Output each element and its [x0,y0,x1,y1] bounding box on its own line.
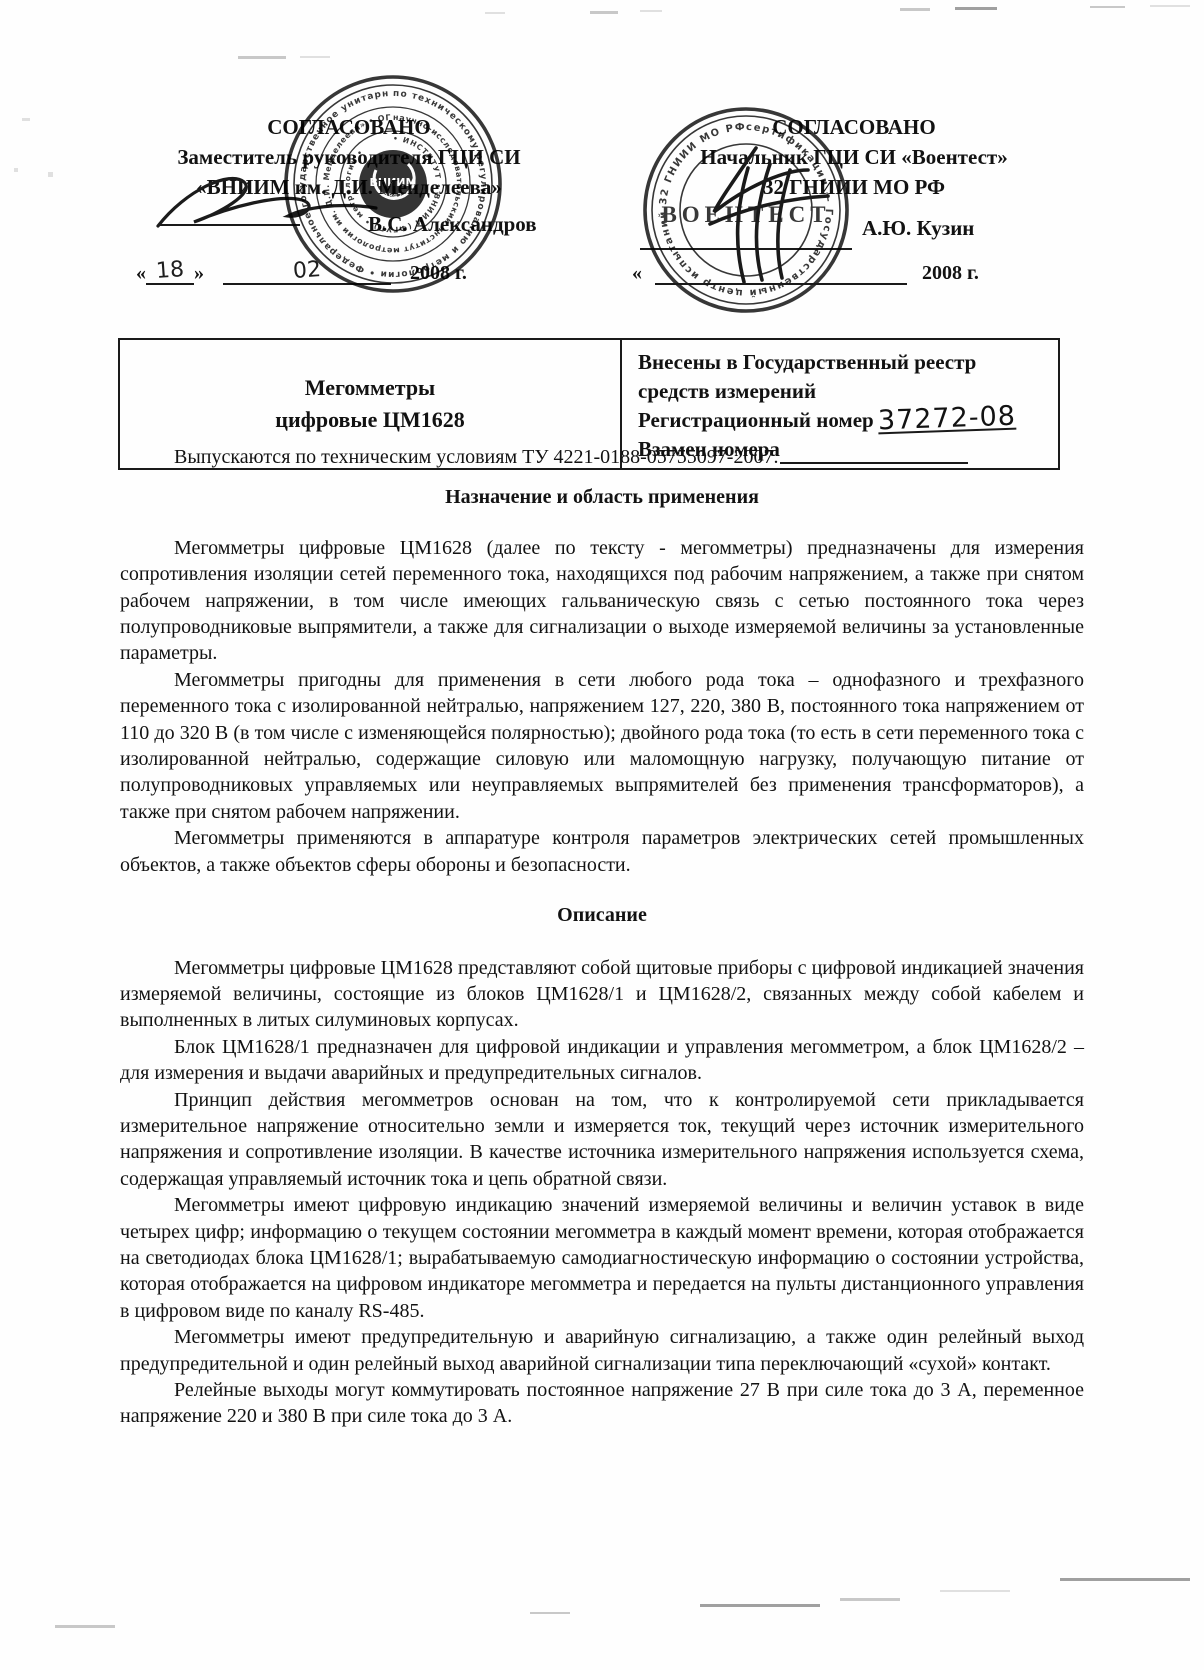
approval-left-role: Заместитель руководителя ГЦИ СИ [126,142,572,172]
scan-artifact [530,1612,570,1614]
paragraph: Принцип действия мегомметров основан на … [120,1087,1084,1193]
tu-conditions-line: Выпускаются по техническим условиям ТУ 4… [120,444,1084,470]
approval-right-org: 32 ГНИИИ МО РФ [626,172,1082,202]
approval-left-signer: В.С. Александров [368,212,537,237]
scan-artifact [955,7,997,10]
scan-artifact [900,8,930,11]
paragraph: Мегомметры цифровые ЦМ1628 представляют … [120,955,1084,1034]
scan-artifact [14,168,18,172]
scan-artifact [300,56,330,58]
registry-line1: Внесены в Государственный реестр [638,348,1052,377]
document-body: Выпускаются по техническим условиям ТУ 4… [120,444,1084,1430]
scan-artifact [940,1590,1010,1592]
paragraph: Мегомметры имеют предупредительную и ава… [120,1324,1084,1377]
scan-artifact [55,1625,115,1628]
device-title-line2: цифровые ЦМ1628 [275,404,464,436]
handwritten-day: 18 [155,257,185,284]
scan-artifact [1090,6,1125,8]
approval-left-org: «ВНИИМ им. Д.И. Менделеева» [126,172,572,202]
handwritten-month: 02 [292,257,322,284]
paragraph: Блок ЦМ1628/1 предназначен для цифровой … [120,1034,1084,1087]
scan-artifact [700,1604,820,1607]
paragraph: Мегомметры пригодны для применения в сет… [120,667,1084,825]
scan-artifact [1150,5,1190,7]
scan-artifact [640,10,662,12]
approval-left-year: 2008 г. [410,262,467,284]
signature-line [160,224,300,226]
section-heading-description: Описание [120,902,1084,928]
paragraph: Релейные выходы могут коммутировать пост… [120,1377,1084,1430]
paragraph: Мегомметры применяются в аппаратуре конт… [120,825,1084,878]
scan-artifact [1060,1578,1190,1581]
approval-left-date: «18» 02 2008 г. [136,258,467,285]
device-title-line1: Мегомметры [305,372,436,404]
signature-line [640,248,852,250]
stamp-center-name: ВОЕНТЕСТ [661,202,830,227]
approval-right-signer: А.Ю. Кузин [862,216,974,241]
scan-artifact [840,1598,900,1601]
scanned-document-page: СОГЛАСОВАНО Заместитель руководителя ГЦИ… [0,0,1204,1670]
paragraph: Мегомметры имеют цифровую индикацию знач… [120,1192,1084,1324]
approval-left-agreed: СОГЛАСОВАНО [126,112,572,142]
handwritten-reg-number: 37272-08 [877,406,1016,435]
scan-artifact [485,12,505,14]
reg-number-label: Регистрационный номер [638,408,874,432]
paragraph: Мегомметры цифровые ЦМ1628 (далее по тек… [120,535,1084,667]
scan-artifact [48,172,53,177]
approval-right-year: 2008 г. [922,262,979,284]
approval-right-role: Начальник ГЦИ СИ «Воентест» [626,142,1082,172]
registry-reg-line: Регистрационный номер37272-08 [638,406,1052,435]
approval-right-date: « 2008 г. [632,262,979,285]
approval-right-agreed: СОГЛАСОВАНО [626,112,1082,142]
scan-artifact [22,118,30,121]
scan-artifact [590,11,618,14]
section-heading-purpose: Назначение и область применения [120,484,1084,510]
scan-artifact [238,56,286,59]
